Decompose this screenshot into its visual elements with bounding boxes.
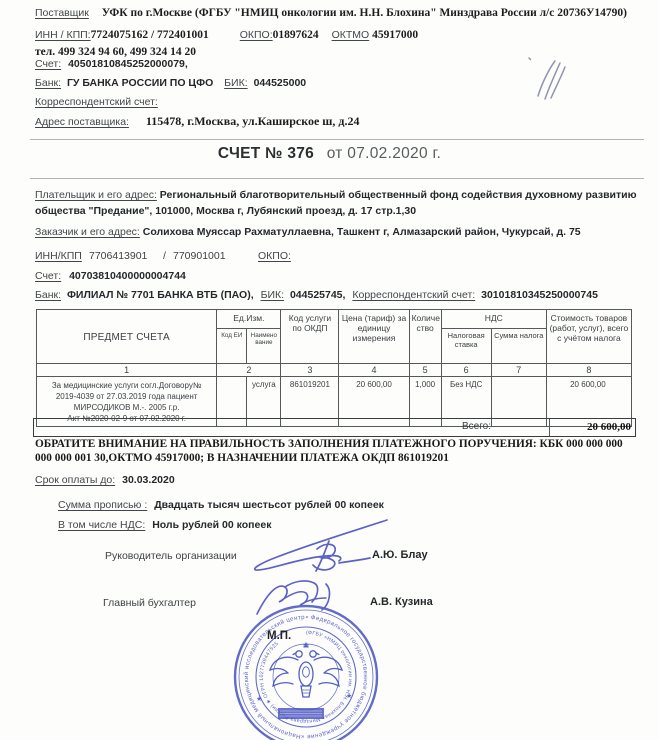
payer-bik-value: 044525745, (290, 289, 345, 301)
colnum-7: 7 (491, 364, 546, 377)
stamp-star-right: ★ (346, 692, 352, 700)
colnum-3: 3 (281, 364, 339, 377)
colnum-2: 2 (217, 364, 281, 377)
table-header-row-1: ПРЕДМЕТ СЧЕТА Ед.Изм. Код услуги по ОКДП… (37, 310, 632, 329)
supplier-phone: тел. 499 324 94 60, 499 324 14 20 (35, 46, 196, 58)
col-total-header: Стоимость товаров (работ, услуг), всего … (546, 310, 631, 364)
payer-inn-kpp-label: ИНН/КПП (35, 250, 82, 262)
accountant-label: Главный бухгалтер (103, 597, 196, 609)
payer-kpp-value: 770901001 (173, 250, 226, 262)
col-kod-ei-header: Код ЕИ (217, 329, 247, 364)
vat-words-line: В том числе НДС: Ноль рублей 00 копеек (58, 519, 271, 531)
payer-corr-label: Корреспондентский счет: (352, 289, 475, 301)
invoice-date: от 07.02.2020 г. (327, 145, 441, 162)
payer-bank-label: Банк: (35, 289, 61, 301)
supplier-account-line: Счет: 40501810845252000079, (35, 58, 188, 70)
supplier-account-label: Счет: (35, 58, 61, 70)
supplier-account-value: 40501810845252000079, (68, 58, 188, 70)
supplier-bik-value: 044525000 (254, 77, 307, 89)
payer-line: Плательщик и его адрес: Региональный бла… (35, 188, 639, 219)
payer-inn-slash: / (163, 250, 166, 262)
col-predmet-header: ПРЕДМЕТ СЧЕТА (37, 310, 217, 364)
payer-account-value: 40703810400000004744 (69, 270, 186, 282)
col-stavka-header: Налоговая ставка (441, 329, 491, 364)
handwritten-mark-icon (524, 52, 570, 104)
supplier-line: Поставщик УФК по г.Москве (ФГБУ "НМИЦ он… (35, 7, 627, 19)
colnum-8: 8 (546, 364, 631, 377)
supplier-okpo-value: 01897624 (273, 29, 319, 41)
supplier-address-label: Адрес поставщика: (35, 116, 129, 128)
due-label: Срок оплаты до: (35, 474, 115, 486)
col-summa-header: Сумма налога (491, 329, 546, 364)
col-naimenovanie-header: Наимено вание (247, 329, 281, 364)
col-qty-header: Количе ство (409, 310, 441, 364)
payer-corr-value: 30101810345250000745 (481, 289, 598, 301)
payer-label: Плательщик и его адрес: (35, 189, 157, 201)
payment-notice: ОБРАТИТЕ ВНИМАНИЕ НА ПРАВИЛЬНОСТЬ ЗАПОЛН… (35, 438, 637, 465)
supplier-bank-line: Банк: ГУ БАНКА РОССИИ ПО ЦФО БИК: 044525… (35, 77, 306, 89)
payer-bank-line: Банк: ФИЛИАЛ № 7701 БАНКА ВТБ (ПАО), БИК… (35, 289, 598, 301)
total-value: 20 600,00 (549, 419, 635, 436)
supplier-bank-value: ГУ БАНКА РОССИИ ПО ЦФО (67, 77, 213, 89)
amount-words-value: Двадцать тысяч шестьсот рублей 00 копеек (154, 499, 384, 511)
customer-line: Заказчик и его адрес: Солихова Муяссар Р… (35, 226, 581, 238)
stamp-eagle-icon (270, 643, 342, 697)
total-row: Всего: 20 600,00 (33, 418, 636, 437)
items-table: ПРЕДМЕТ СЧЕТА Ед.Изм. Код услуги по ОКДП… (36, 309, 632, 427)
supplier-address-value: 115478, г.Москва, ул.Каширское ш, д.24 (146, 114, 360, 128)
supplier-okpo-label: ОКПО: (240, 29, 273, 41)
supplier-inn-kpp-value: 7724075162 / 772401001 (91, 29, 209, 41)
customer-label: Заказчик и его адрес: (35, 226, 140, 238)
supplier-corr-label: Корреспондентский счет: (35, 96, 158, 108)
stamp-star-left: ★ (256, 695, 262, 703)
supplier-oktmo-label: ОКТМО (332, 29, 370, 41)
supplier-value: УФК по г.Москве (ФГБУ "НМИЦ онкологии им… (102, 7, 627, 19)
payer-okpo-label: ОКПО: (258, 250, 291, 262)
col-edizm-header: Ед.Изм. (217, 310, 281, 329)
colnum-6: 6 (441, 364, 491, 377)
vat-words-label: В том числе НДС: (58, 519, 145, 531)
invoice-title: СЧЕТ № 376 от 07.02.2020 г. (0, 145, 659, 163)
supplier-corr-line: Корреспондентский счет: (35, 96, 158, 108)
divider-under-title (30, 178, 644, 179)
invoice-page: Поставщик УФК по г.Москве (ФГБУ "НМИЦ он… (0, 0, 659, 740)
total-label: Всего: (462, 421, 491, 432)
col-nds-header: НДС (441, 310, 546, 329)
invoice-number: СЧЕТ № 376 (218, 145, 314, 162)
supplier-oktmo-value: 45917000 (372, 29, 418, 41)
payer-inn-value: 7706413901 (89, 250, 147, 262)
colnum-5: 5 (409, 364, 441, 377)
amount-words-label: Сумма прописью : (58, 499, 147, 511)
due-line: Срок оплаты до: 30.03.2020 (35, 474, 175, 486)
accountant-signature-icon (252, 578, 348, 620)
supplier-address-line: Адрес поставщика: 115478, г.Москва, ул.К… (35, 114, 360, 129)
payer-bank-value: ФИЛИАЛ № 7701 БАНКА ВТБ (ПАО), (67, 289, 254, 301)
supplier-inn-line: ИНН / КПП:7724075162 / 772401001 ОКПО:01… (35, 29, 418, 41)
supplier-bik-label: БИК: (224, 77, 247, 89)
col-okdp-header: Код услуги по ОКДП (281, 310, 339, 364)
amount-words-line: Сумма прописью : Двадцать тысяч шестьсот… (58, 499, 384, 511)
customer-value: Солихова Муяссар Рахматуллаевна, Ташкент… (143, 226, 581, 238)
payer-account-line: Счет: 40703810400000004744 (35, 270, 186, 282)
stamp-place-mark: М.П. (267, 630, 291, 642)
supplier-label: Поставщик (35, 7, 89, 19)
colnum-1: 1 (37, 364, 217, 377)
supplier-bank-label: Банк: (35, 77, 61, 89)
table-column-numbers: 1 2 3 4 5 6 7 8 (37, 364, 632, 377)
colnum-4: 4 (339, 364, 409, 377)
director-label: Руководитель организации (105, 550, 237, 562)
payer-account-label: Счет: (35, 270, 61, 282)
col-price-header: Цена (тариф) за единицу измерения (339, 310, 409, 364)
divider-top (30, 139, 644, 140)
supplier-inn-kpp-label: ИНН / КПП: (35, 29, 91, 41)
payer-bik-label: БИК: (261, 289, 284, 301)
director-signature-icon (243, 513, 393, 577)
due-value: 30.03.2020 (122, 474, 175, 486)
